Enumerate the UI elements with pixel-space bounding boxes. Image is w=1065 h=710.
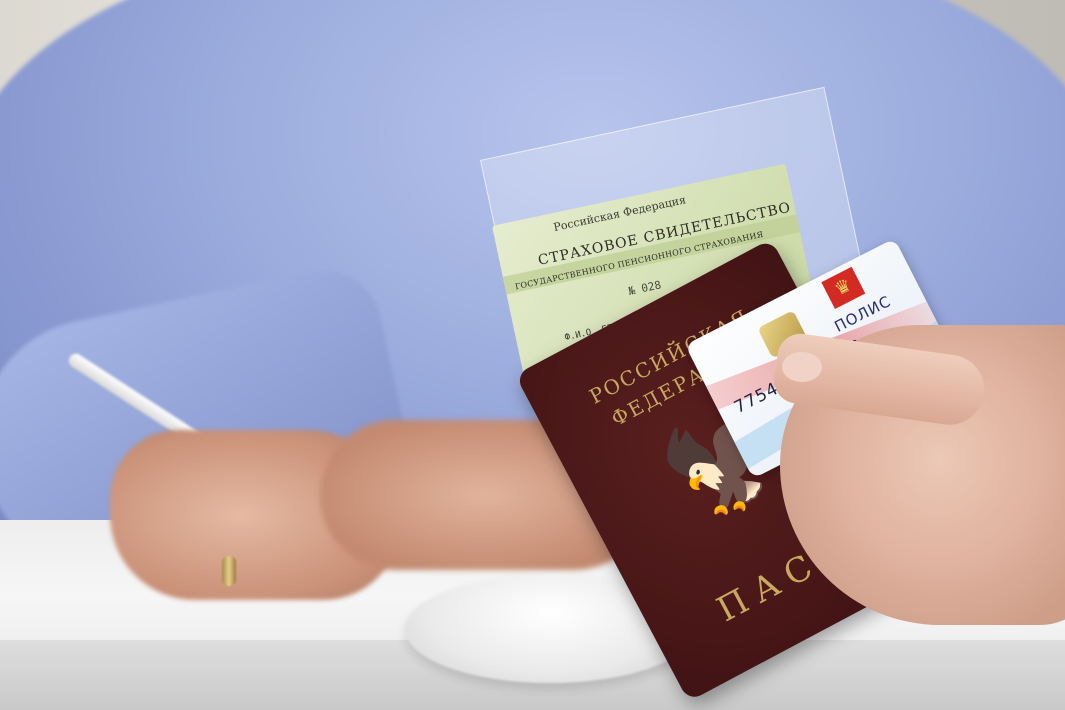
certificate-number: № 028 [627, 278, 662, 298]
photo-scene: Российская Федерация СТРАХОВОЕ СВИДЕТЕЛЬ… [0, 0, 1065, 710]
thumbnail [782, 352, 822, 382]
coat-of-arms-icon: ♛ [821, 267, 865, 309]
ring [222, 556, 236, 586]
